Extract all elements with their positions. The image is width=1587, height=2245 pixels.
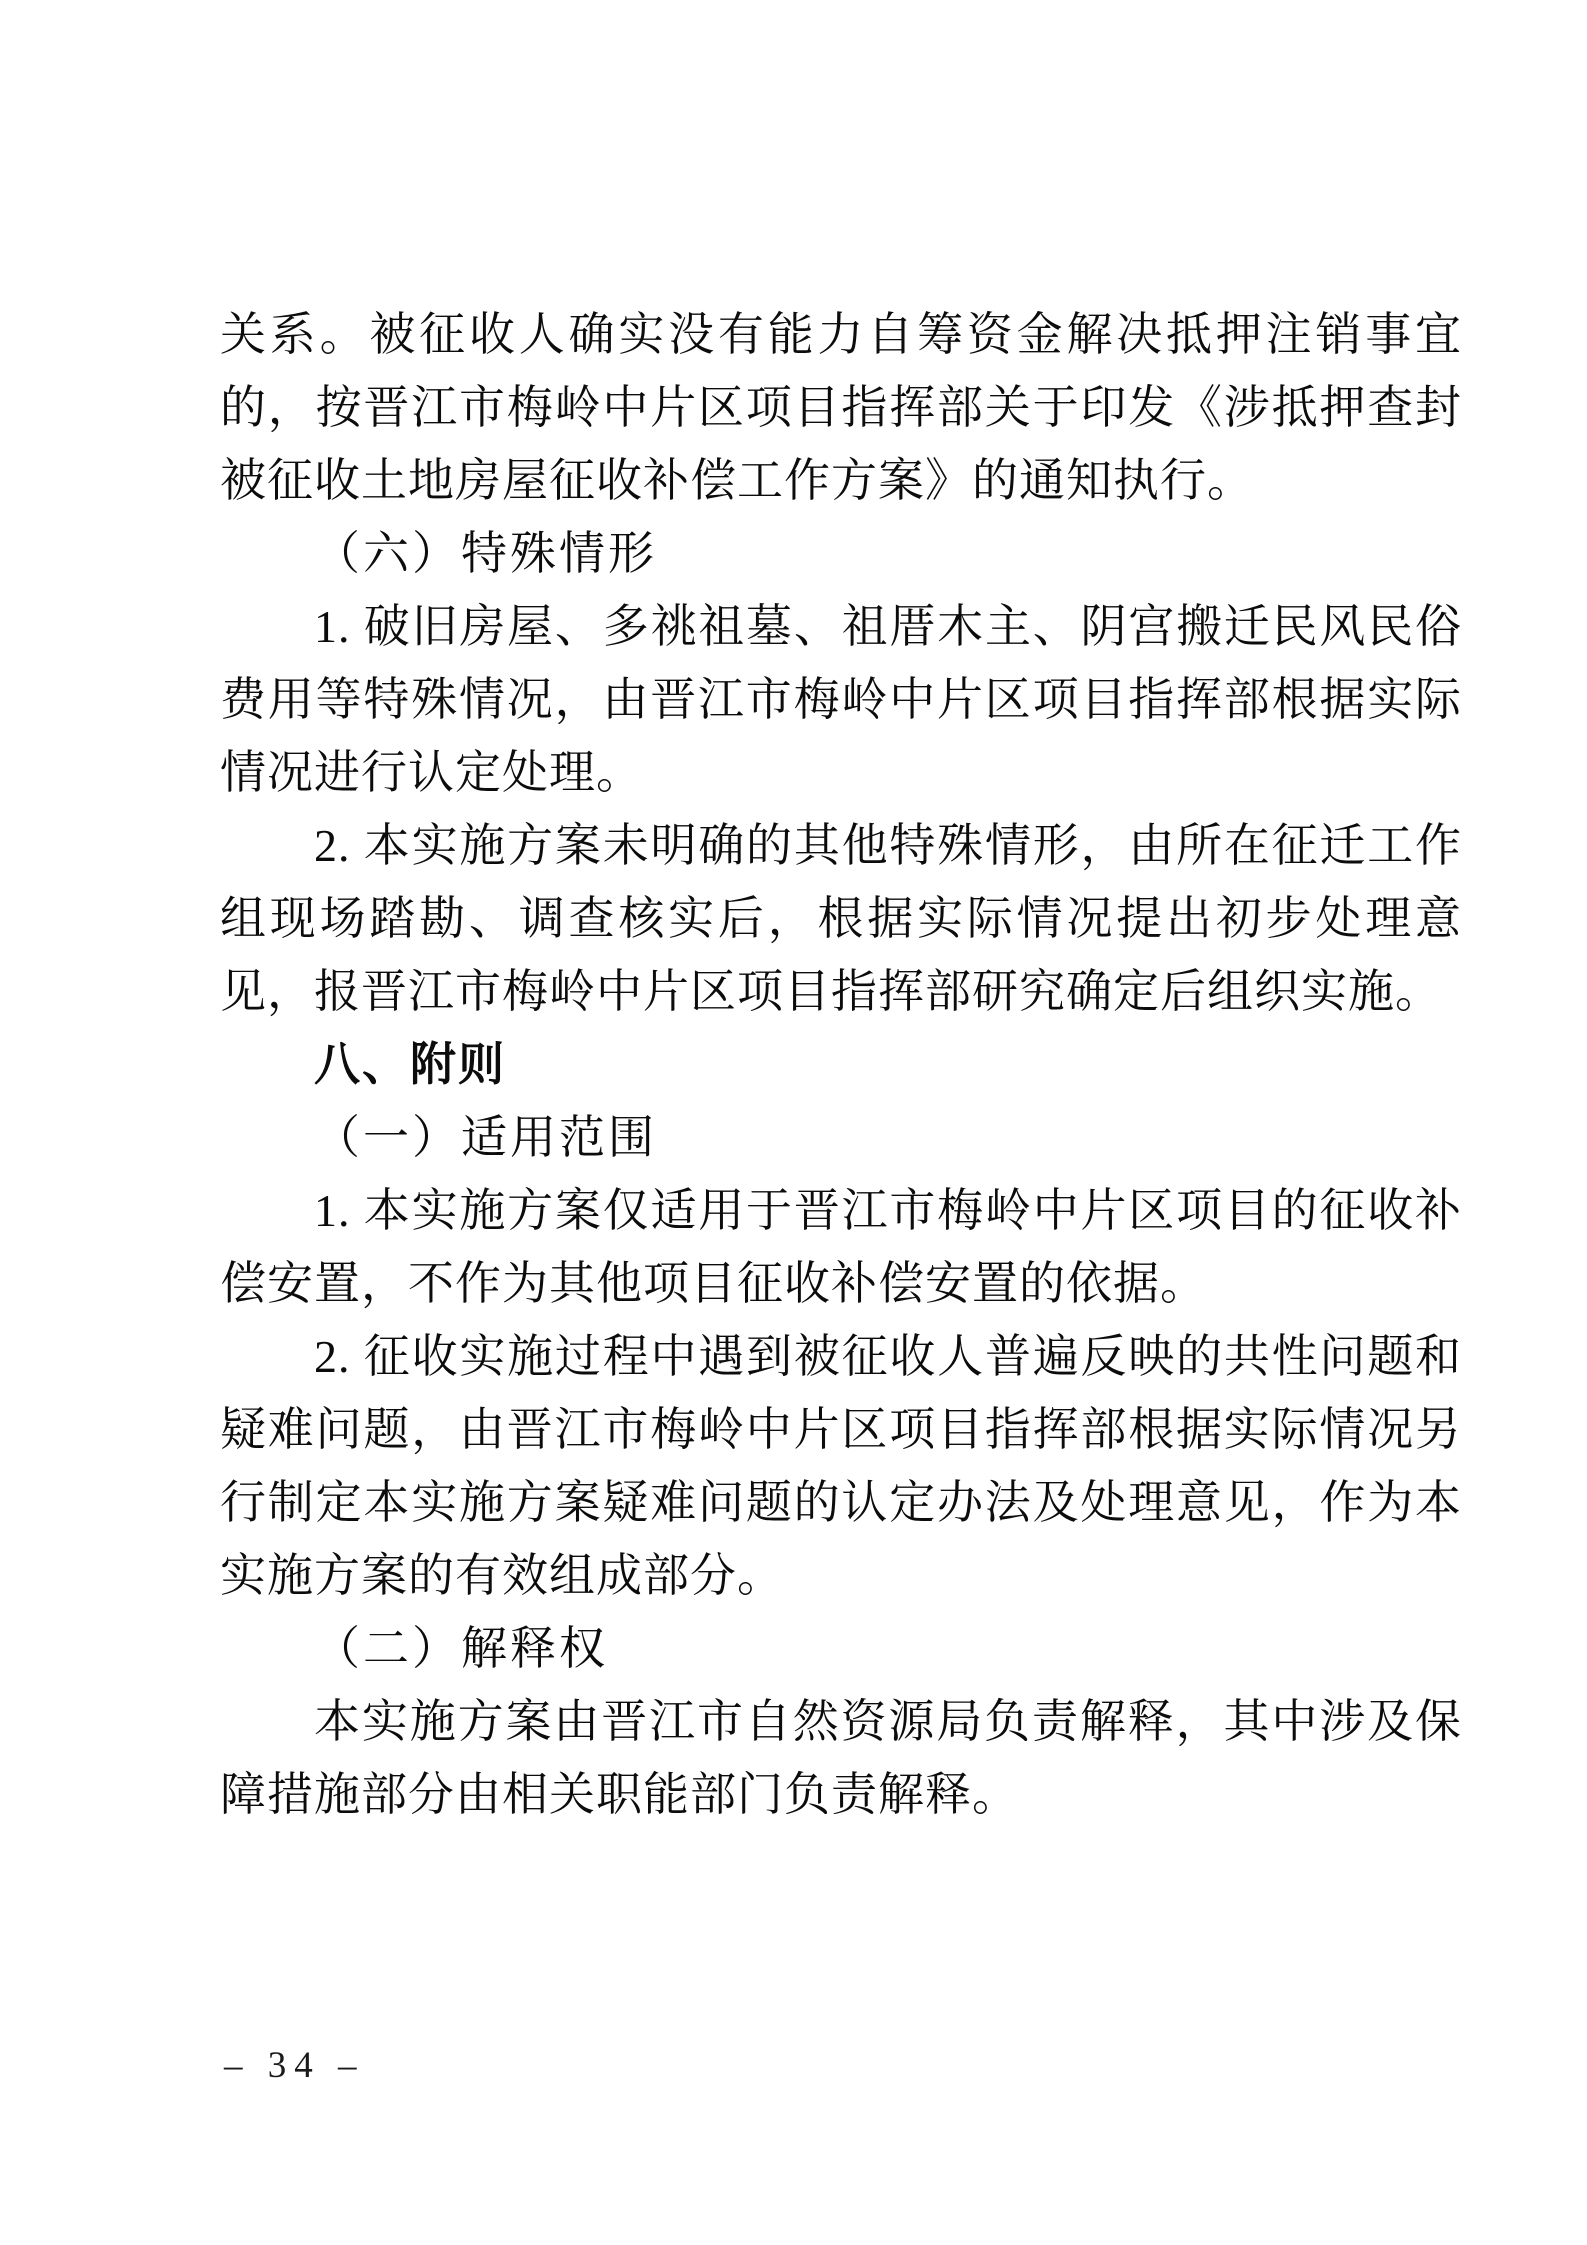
paragraph-section: （一）适用范围 [220, 1101, 1462, 1174]
document-page: 关系。被征收人确实没有能力自筹资金解决抵押注销事宜的，按晋江市梅岭中片区项目指挥… [0, 0, 1587, 2245]
paragraph-body: 2. 征收实施过程中遇到被征收人普遍反映的共性问题和疑难问题，由晋江市梅岭中片区… [220, 1320, 1462, 1612]
paragraph-heading: 八、附则 [220, 1028, 1462, 1101]
paragraph-body: 本实施方案由晋江市自然资源局负责解释，其中涉及保障措施部分由相关职能部门负责解释… [220, 1685, 1462, 1831]
paragraph-body: 2. 本实施方案未明确的其他特殊情形，由所在征迁工作组现场踏勘、调查核实后，根据… [220, 809, 1462, 1028]
document-body: 关系。被征收人确实没有能力自筹资金解决抵押注销事宜的，按晋江市梅岭中片区项目指挥… [220, 298, 1462, 1831]
paragraph-body: 1. 破旧房屋、多祧祖墓、祖厝木主、阴宫搬迁民风民俗费用等特殊情况，由晋江市梅岭… [220, 590, 1462, 809]
paragraph-section: （六）特殊情形 [220, 517, 1462, 590]
paragraph-body: 关系。被征收人确实没有能力自筹资金解决抵押注销事宜的，按晋江市梅岭中片区项目指挥… [220, 298, 1462, 517]
paragraph-body: 1. 本实施方案仅适用于晋江市梅岭中片区项目的征收补偿安置，不作为其他项目征收补… [220, 1174, 1462, 1320]
paragraph-section: （二）解释权 [220, 1612, 1462, 1685]
page-number: – 34 – [224, 2044, 365, 2088]
